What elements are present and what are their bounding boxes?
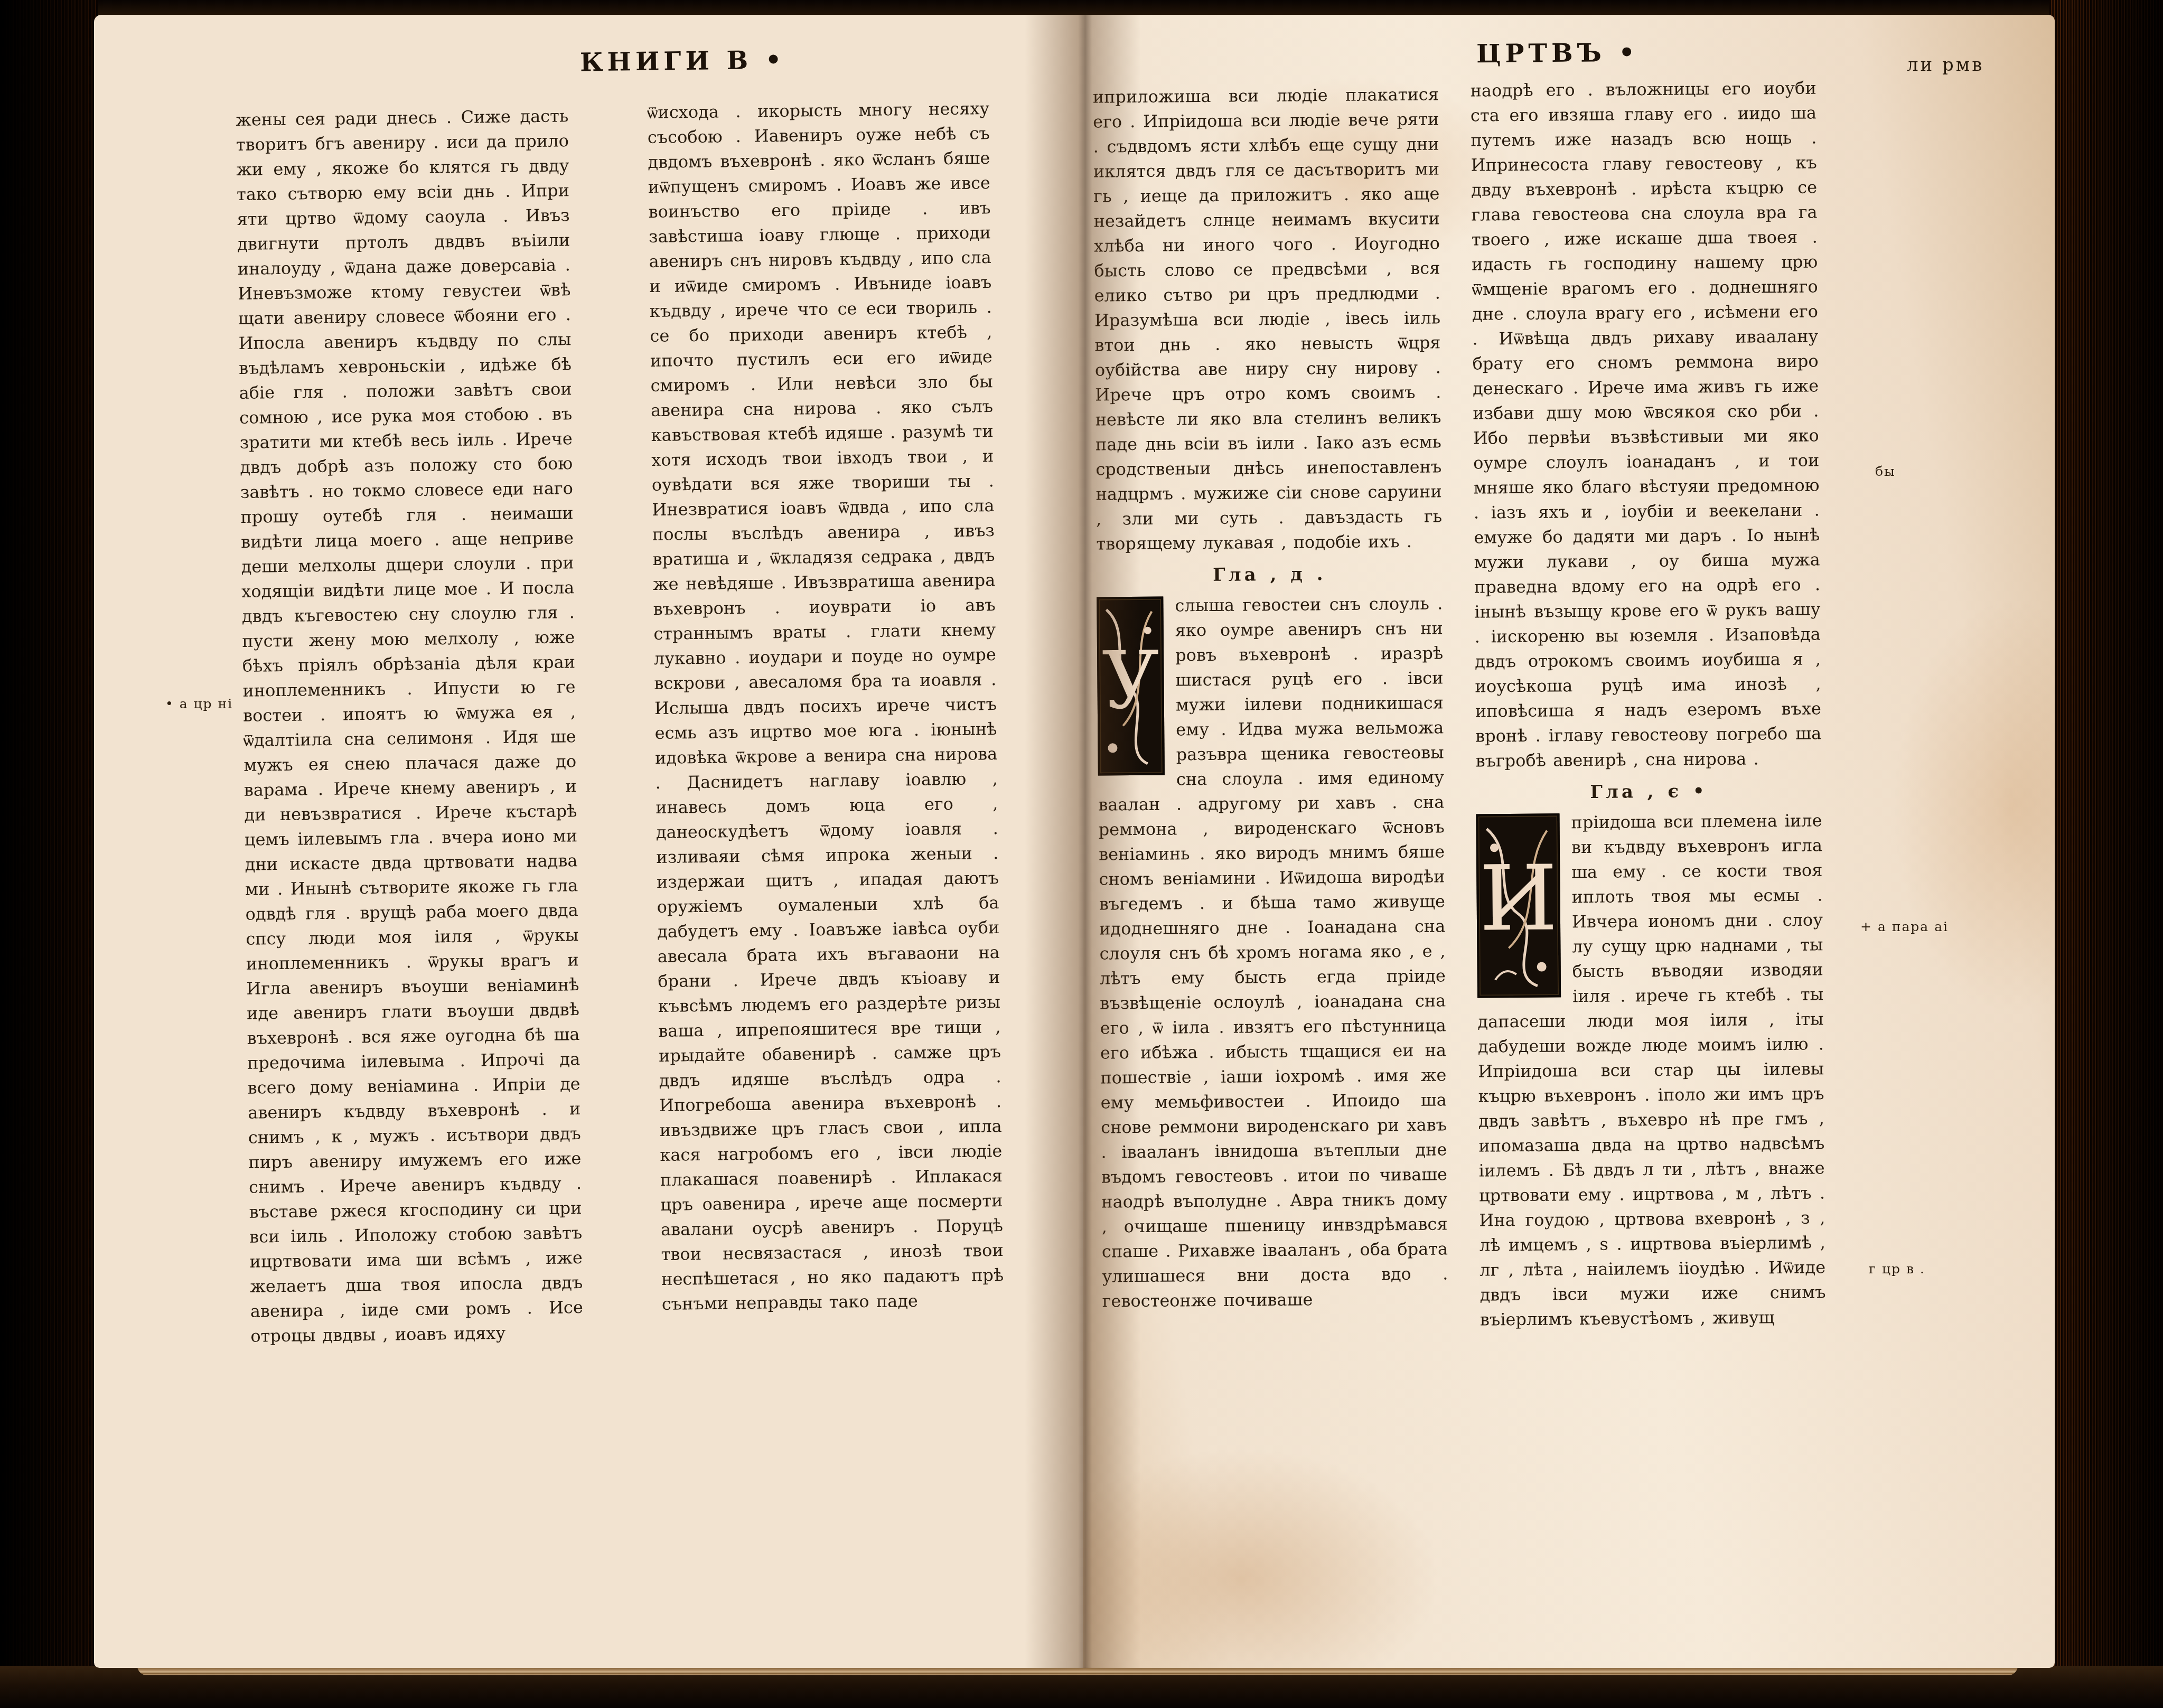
ornate-initial-woodcut: И	[1476, 813, 1561, 998]
fore-edge-right-page-stack	[2049, 0, 2163, 1708]
book-spread-photo: КНИГИ В • жены сея ради днесь . Сиже дас…	[0, 0, 2163, 1708]
column-text: иприложиша вси людіе плакатися его . Ипр…	[1093, 84, 1443, 553]
running-head-left: КНИГИ В •	[580, 45, 786, 78]
column-text: наодрѣ его . въложницы его иоуби ста его…	[1470, 78, 1821, 771]
left-page-column-2: ѿисхода . икорысть многу несяху съсобою …	[647, 96, 1008, 1664]
running-head-right: ЦРТВЪ •	[1476, 38, 1640, 69]
right-page: ЦРТВЪ • ли рмв иприложиша вси людіе плак…	[1083, 15, 2055, 1668]
margin-note-right-2: + а пара аі	[1860, 919, 1949, 934]
right-page-column-1: иприложиша вси людіе плакатися его . Ипр…	[1093, 82, 1451, 1616]
left-page-column-1: жены сея ради днесь . Сиже дасть творитъ…	[236, 104, 586, 1575]
chapter-heading-4: Гла , д .	[1097, 561, 1443, 588]
margin-note-right-3: г цр в .	[1869, 1261, 1925, 1277]
margin-note-right-1: бы	[1875, 464, 1896, 479]
gutter-shadow	[1025, 15, 1141, 1668]
right-page-column-2: наодрѣ его . въложницы его иоуби ста его…	[1470, 76, 1828, 1631]
margin-note-left: • а цр ні	[165, 696, 233, 711]
left-page: КНИГИ В • жены сея ради днесь . Сиже дас…	[94, 15, 1083, 1668]
initial-letter: И	[1479, 846, 1558, 951]
folio-number: ли рмв	[1907, 54, 1984, 76]
chapter-heading-5: Гла , є •	[1476, 778, 1822, 805]
fore-edge-left-page-stack	[0, 0, 98, 1708]
